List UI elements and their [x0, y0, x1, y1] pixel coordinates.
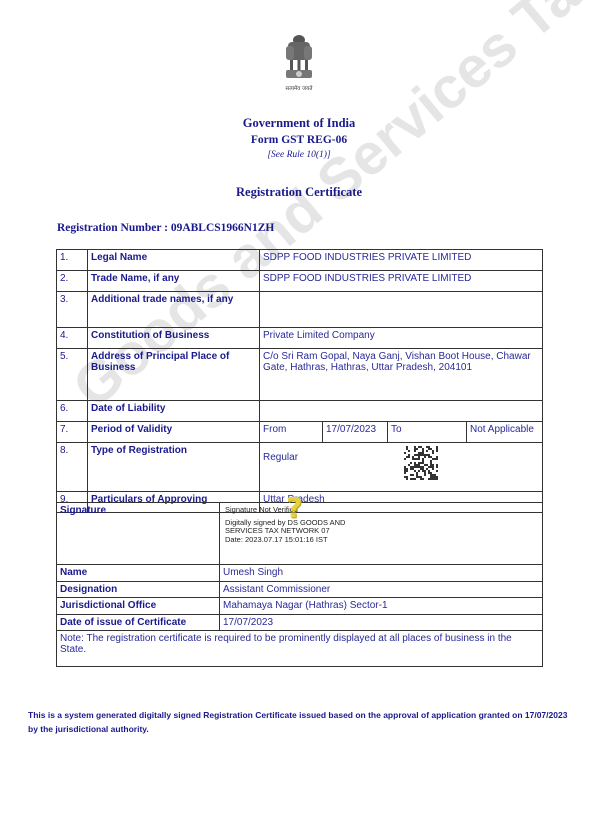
- jurisdictional-office-value: Mahamaya Nagar (Hathras) Sector-1: [220, 598, 543, 615]
- note-text: Note: The registration certificate is re…: [57, 631, 543, 667]
- additional-trade-names-value: [260, 292, 543, 328]
- officer-name-label: Name: [57, 565, 220, 582]
- validity-to-value: Not Applicable: [467, 422, 543, 443]
- form-heading: Form GST REG-06: [0, 134, 598, 146]
- note-row: Note: The registration certificate is re…: [57, 631, 543, 667]
- registration-number-label: Registration Number :: [57, 222, 168, 234]
- table-row: 7. Period of Validity From 17/07/2023 To…: [57, 422, 543, 443]
- constitution-label: Constitution of Business: [88, 328, 260, 349]
- row-number: 7.: [57, 422, 88, 443]
- table-row: 4. Constitution of Business Private Limi…: [57, 328, 543, 349]
- registration-number-value: 09ABLCS1966N1ZH: [171, 222, 275, 234]
- address-value: C/o Sri Ram Gopal, Naya Ganj, Vishan Boo…: [260, 349, 543, 401]
- registration-type-value: Regular: [260, 443, 543, 492]
- row-number: 1.: [57, 250, 88, 271]
- national-emblem-icon: सत्यमेव जयते: [276, 32, 322, 94]
- constitution-value: Private Limited Company: [260, 328, 543, 349]
- date-of-liability-value: [260, 401, 543, 422]
- signature-row: Signature ? Signature Not Verified Digit…: [57, 503, 543, 565]
- signature-block[interactable]: ? Signature Not Verified Digitally signe…: [220, 503, 543, 565]
- legal-name-label: Legal Name: [88, 250, 260, 271]
- legal-name-value: SDPP FOOD INDUSTRIES PRIVATE LIMITED: [260, 250, 543, 271]
- table-row: 1. Legal Name SDPP FOOD INDUSTRIES PRIVA…: [57, 250, 543, 271]
- row-number: 5.: [57, 349, 88, 401]
- table-row: 2. Trade Name, if any SDPP FOOD INDUSTRI…: [57, 271, 543, 292]
- rule-reference: [See Rule 10(1)]: [0, 150, 598, 160]
- details-table: 1. Legal Name SDPP FOOD INDUSTRIES PRIVA…: [56, 249, 543, 513]
- row-number: 4.: [57, 328, 88, 349]
- table-row: 6. Date of Liability: [57, 401, 543, 422]
- row-number: 8.: [57, 443, 88, 492]
- government-heading: Government of India: [0, 116, 598, 131]
- date-of-liability-label: Date of Liability: [88, 401, 260, 422]
- certificate-title: Registration Certificate: [0, 185, 598, 200]
- period-of-validity-label: Period of Validity: [88, 422, 260, 443]
- row-number: 3.: [57, 292, 88, 328]
- validity-to-label: To: [388, 422, 467, 443]
- table-row: Name Umesh Singh: [57, 565, 543, 582]
- registration-number: Registration Number : 09ABLCS1966N1ZH: [57, 222, 274, 234]
- registration-type-label: Type of Registration: [88, 443, 260, 492]
- signature-table: Signature ? Signature Not Verified Digit…: [56, 502, 543, 667]
- table-row: Jurisdictional Office Mahamaya Nagar (Ha…: [57, 598, 543, 615]
- address-label: Address of Principal Place of Business: [88, 349, 260, 401]
- table-row: Date of issue of Certificate 17/07/2023: [57, 614, 543, 631]
- signature-label: Signature: [57, 503, 220, 565]
- issue-date-value: 17/07/2023: [220, 614, 543, 631]
- officer-name-value: Umesh Singh: [220, 565, 543, 582]
- signature-date: Date: 2023.07.17 15:01:16 IST: [225, 536, 539, 545]
- validity-from-value: 17/07/2023: [323, 422, 388, 443]
- signature-unverified-icon: ?: [286, 504, 302, 513]
- row-number: 2.: [57, 271, 88, 292]
- designation-label: Designation: [57, 581, 220, 598]
- qr-code-icon[interactable]: [404, 446, 438, 480]
- designation-value: Assistant Commissioner: [220, 581, 543, 598]
- trade-name-label: Trade Name, if any: [88, 271, 260, 292]
- row-number: 6.: [57, 401, 88, 422]
- additional-trade-names-label: Additional trade names, if any: [88, 292, 260, 328]
- signature-status: Signature Not Verified: [225, 506, 539, 515]
- jurisdictional-office-label: Jurisdictional Office: [57, 598, 220, 615]
- footer-statement: This is a system generated digitally sig…: [28, 708, 573, 736]
- issue-date-label: Date of issue of Certificate: [57, 614, 220, 631]
- table-row: 8. Type of Registration Regular: [57, 443, 543, 492]
- validity-from-label: From: [260, 422, 323, 443]
- emblem-motto: सत्यमेव जयते: [285, 85, 313, 92]
- trade-name-value: SDPP FOOD INDUSTRIES PRIVATE LIMITED: [260, 271, 543, 292]
- table-row: Designation Assistant Commissioner: [57, 581, 543, 598]
- table-row: 3. Additional trade names, if any: [57, 292, 543, 328]
- table-row: 5. Address of Principal Place of Busines…: [57, 349, 543, 401]
